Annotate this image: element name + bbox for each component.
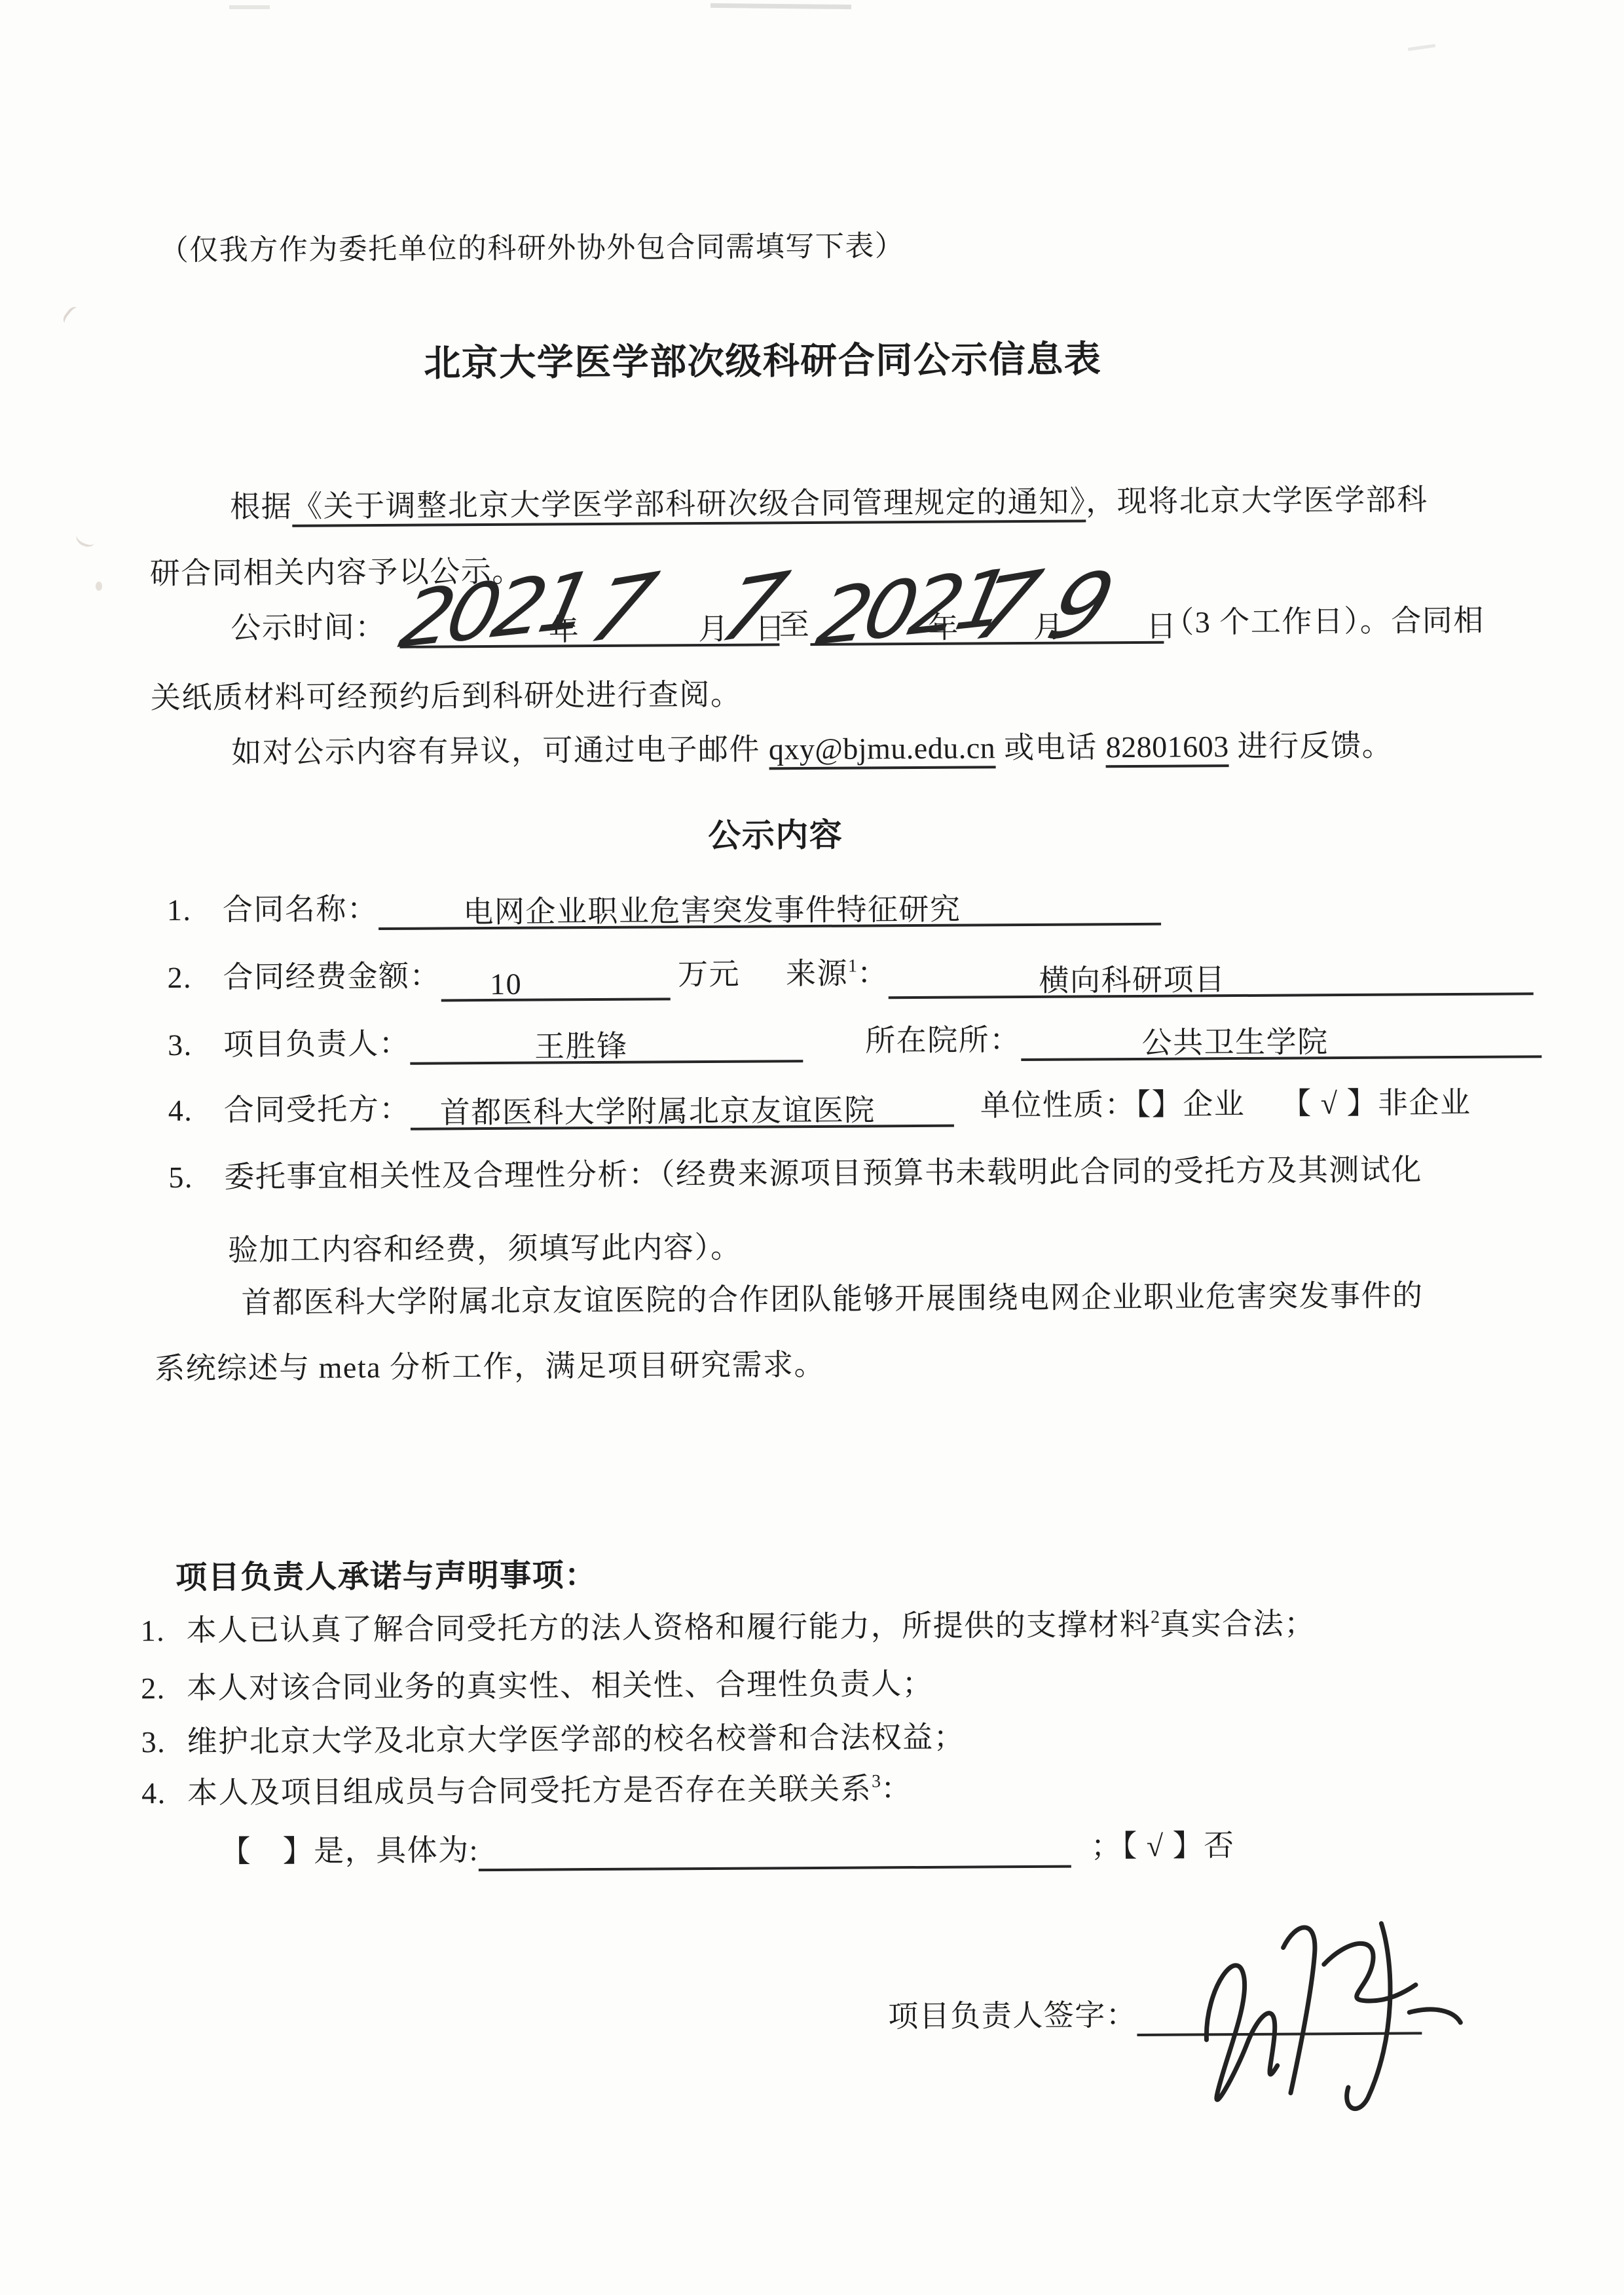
date-to-field: 2021 年 7 月 9 日 [810,606,1164,646]
commitment-item-1: 1.本人已认真了解合同受托方的法人资格和履行能力，所提供的支撑材料2真实合法； [140,1603,1315,1656]
analysis-paragraph-line-1: 首都医科大学附属北京友谊医院的合作团队能够开展围绕电网企业职业危害突发事件的 [241,1275,1423,1324]
item-number: 5. [168,1156,224,1199]
footnote-marker-3: 3 [872,1771,881,1791]
page-title: 北京大学医学部次级科研合同公示信息表 [0,336,1575,388]
item-label: 合同经费金额： [223,959,441,994]
commitment-text: ： [881,1772,912,1805]
item-project-leader: 3.项目负责人：王胜锋所在院所：公共卫生学院 [168,1016,1541,1066]
relation-separator: ； [1091,1829,1122,1863]
signature-label: 项目负责人签字： [888,1998,1137,2033]
footnote-marker-1: 1 [848,956,857,977]
relation-detail-blank [479,1830,1071,1872]
analysis-paragraph-line-2: 系统综述与 meta 分析工作，满足项目研究需求。 [155,1344,825,1390]
item-number: 3. [168,1024,223,1066]
relation-yes-option: 【 】是，具体为: [221,1833,479,1868]
feedback-phone: 82801603 [1106,730,1229,768]
intro-line-1: 根据《关于调整北京大学医学部科研次级合同管理规定的通知》，现将北京大学医学部科 [230,479,1428,528]
date-from-field: 2021 年 7 月 7 日 [399,608,779,648]
entity-option-non-enterprise-checked: 【 √ 】非企业 [1281,1086,1471,1121]
item-contract-amount: 2.合同经费金额：10万元来源1：横向科研项目 [167,948,1533,1003]
department-field: 公共卫生学院 [1020,1020,1541,1061]
item-analysis-line-2: 验加工内容和经费，须填写此内容）。 [228,1227,742,1272]
relation-no-option-checked: 【 √ 】否 [1122,1829,1235,1863]
source-label: 来源 [786,957,848,991]
publicity-tail: （3 个工作日）。合同相 [1164,604,1485,639]
item-number: 4. [168,1089,224,1132]
commitment-text: 维护北京大学及北京大学医学部的校名校誉和合法权益； [187,1721,965,1759]
relation-line: 【 】是，具体为:；【 √ 】否 [220,1825,1234,1873]
feedback-pre: 如对公示内容有异议，可通过电子邮件 [231,732,769,769]
department-label: 所在院所： [865,1023,1021,1057]
top-note: （仅我方作为委托单位的科研外协外包合同需填写下表） [160,225,905,272]
commitment-text: 真实合法； [1160,1607,1316,1641]
commitment-item-4: 4.本人及项目组成员与合同受托方是否存在关联关系3： [141,1768,912,1819]
item-number: 1. [167,889,223,931]
feedback-post: 进行反馈。 [1229,729,1393,764]
amount-field: 10 [441,962,670,1001]
list-number: 4. [141,1772,187,1814]
item-contract-name: 1.合同名称：电网企业职业危害突发事件特征研究 [167,884,1161,931]
list-number: 2. [141,1668,187,1709]
entity-type-label: 单位性质： [980,1088,1136,1122]
source-colon: ： [857,956,889,990]
amount-unit: 万元 [678,958,740,992]
commitment-text: 本人及项目组成员与合同受托方是否存在关联关系 [187,1772,872,1809]
document-content: （仅我方作为委托单位的科研外协外包合同需填写下表） 北京大学医学部次级科研合同公… [0,0,1624,2295]
list-number: 3. [141,1721,187,1763]
item-label: 合同名称： [223,892,378,926]
commitment-item-3: 3.维护北京大学及北京大学医学部的校名校誉和合法权益； [141,1717,965,1764]
section-heading: 公示内容 [0,810,1587,861]
contract-name-field: 电网企业职业危害突发事件特征研究 [378,887,1160,930]
scanned-document-page: （仅我方作为委托单位的科研外协外包合同需填写下表） 北京大学医学部次级科研合同公… [0,0,1624,2295]
commitment-item-2: 2.本人对该合同业务的真实性、相关性、合理性负责人； [141,1663,933,1709]
feedback-email: qxy@bjmu.edu.cn [769,731,996,770]
footnote-marker-2: 2 [1151,1607,1160,1628]
handwritten-year-from: 2021 [394,562,595,660]
source-field: 横向科研项目 [888,957,1533,999]
publicity-period-line: 公示时间： 2021 年 7 月 7 日 至 2021 年 7 月 9 日 （3… [231,600,1485,650]
day-unit: 日 [1146,606,1177,648]
commitment-heading: 项目负责人承诺与声明事项： [175,1555,597,1599]
leader-name-field: 王胜锋 [410,1024,803,1065]
publicity-label: 公示时间： [231,610,386,644]
item-text: 委托事宜相关性及合理性分析：（经费来源项目预算书未载明此合同的受托方及其测试化 [224,1153,1422,1193]
entity-option-enterprise: 【】企业 [1135,1087,1245,1121]
item-label: 合同受托方： [224,1092,411,1127]
feedback-line: 如对公示内容有异议，可通过电子邮件 qxy@bjmu.edu.cn 或电话 82… [231,725,1393,774]
commitment-text: 本人对该合同业务的真实性、相关性、合理性负责人； [187,1667,933,1705]
publicity-line-2: 关纸质材料可经预约后到科研处进行查阅。 [151,674,742,720]
intro-pre: 根据 [230,490,292,524]
notice-title-underlined: 《关于调整北京大学医学部科研次级合同管理规定的通知》 [292,485,1086,527]
item-number: 2. [167,956,223,999]
item-label: 项目负责人： [223,1027,410,1062]
contractor-field: 首都医科大学附属北京友谊医院 [411,1089,954,1130]
signature-handwriting [1178,1901,1487,2119]
item-analysis-line-1: 5.委托事宜相关性及合理性分析：（经费来源项目预算书未载明此合同的受托方及其测试… [168,1149,1422,1199]
intro-post: ，现将北京大学医学部科 [1086,483,1428,518]
item-contractor: 4.合同受托方：首都医科大学附属北京友谊医院单位性质：【】企业【 √ 】非企业 [168,1082,1471,1132]
commitment-text: 本人已认真了解合同受托方的法人资格和履行能力，所提供的支撑材料 [186,1608,1151,1647]
feedback-mid: 或电话 [995,730,1106,764]
list-number: 1. [140,1610,186,1652]
